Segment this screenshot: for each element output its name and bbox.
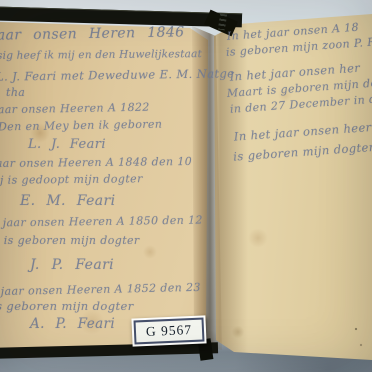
catalog-label: G 9567 [131, 315, 206, 346]
right-page-text: In het jaar onsen A 18 is geboren mijn z… [224, 12, 372, 173]
handwritten-line: jaar onsen Heeren A 1848 den 10 [0, 155, 192, 170]
handwritten-line: J. P. Feari [30, 257, 114, 273]
handwritten-line: ij is gedoopt mijn dogter [0, 172, 143, 187]
handwritten-line: ijsig heef ik mij en den Huwelijkestaat [0, 48, 202, 62]
handwritten-line: is geboren mijn dogter [0, 299, 134, 313]
book-photo: jaar onsen Heren 1846 ijsig heef ik mij … [0, 0, 372, 372]
handwritten-line: jaar onsen Heeren A 1822 [0, 101, 150, 117]
handwritten-line: E. M. Feari [20, 193, 116, 209]
handwritten-line: In het jaar onsen heer [233, 120, 372, 144]
handwritten-line: is geboren mijn dogter H [233, 139, 372, 164]
handwritten-line: L. J. Feari [28, 137, 106, 152]
handwritten-line: tha [6, 86, 25, 99]
handwritten-line: il is geboren mijn dogter [0, 234, 140, 247]
catalog-label-text: G 9567 [134, 317, 205, 344]
handwritten-line: jaar onsen Heren 1846 [0, 24, 185, 43]
handwritten-line: A. P. Feari [30, 316, 115, 332]
